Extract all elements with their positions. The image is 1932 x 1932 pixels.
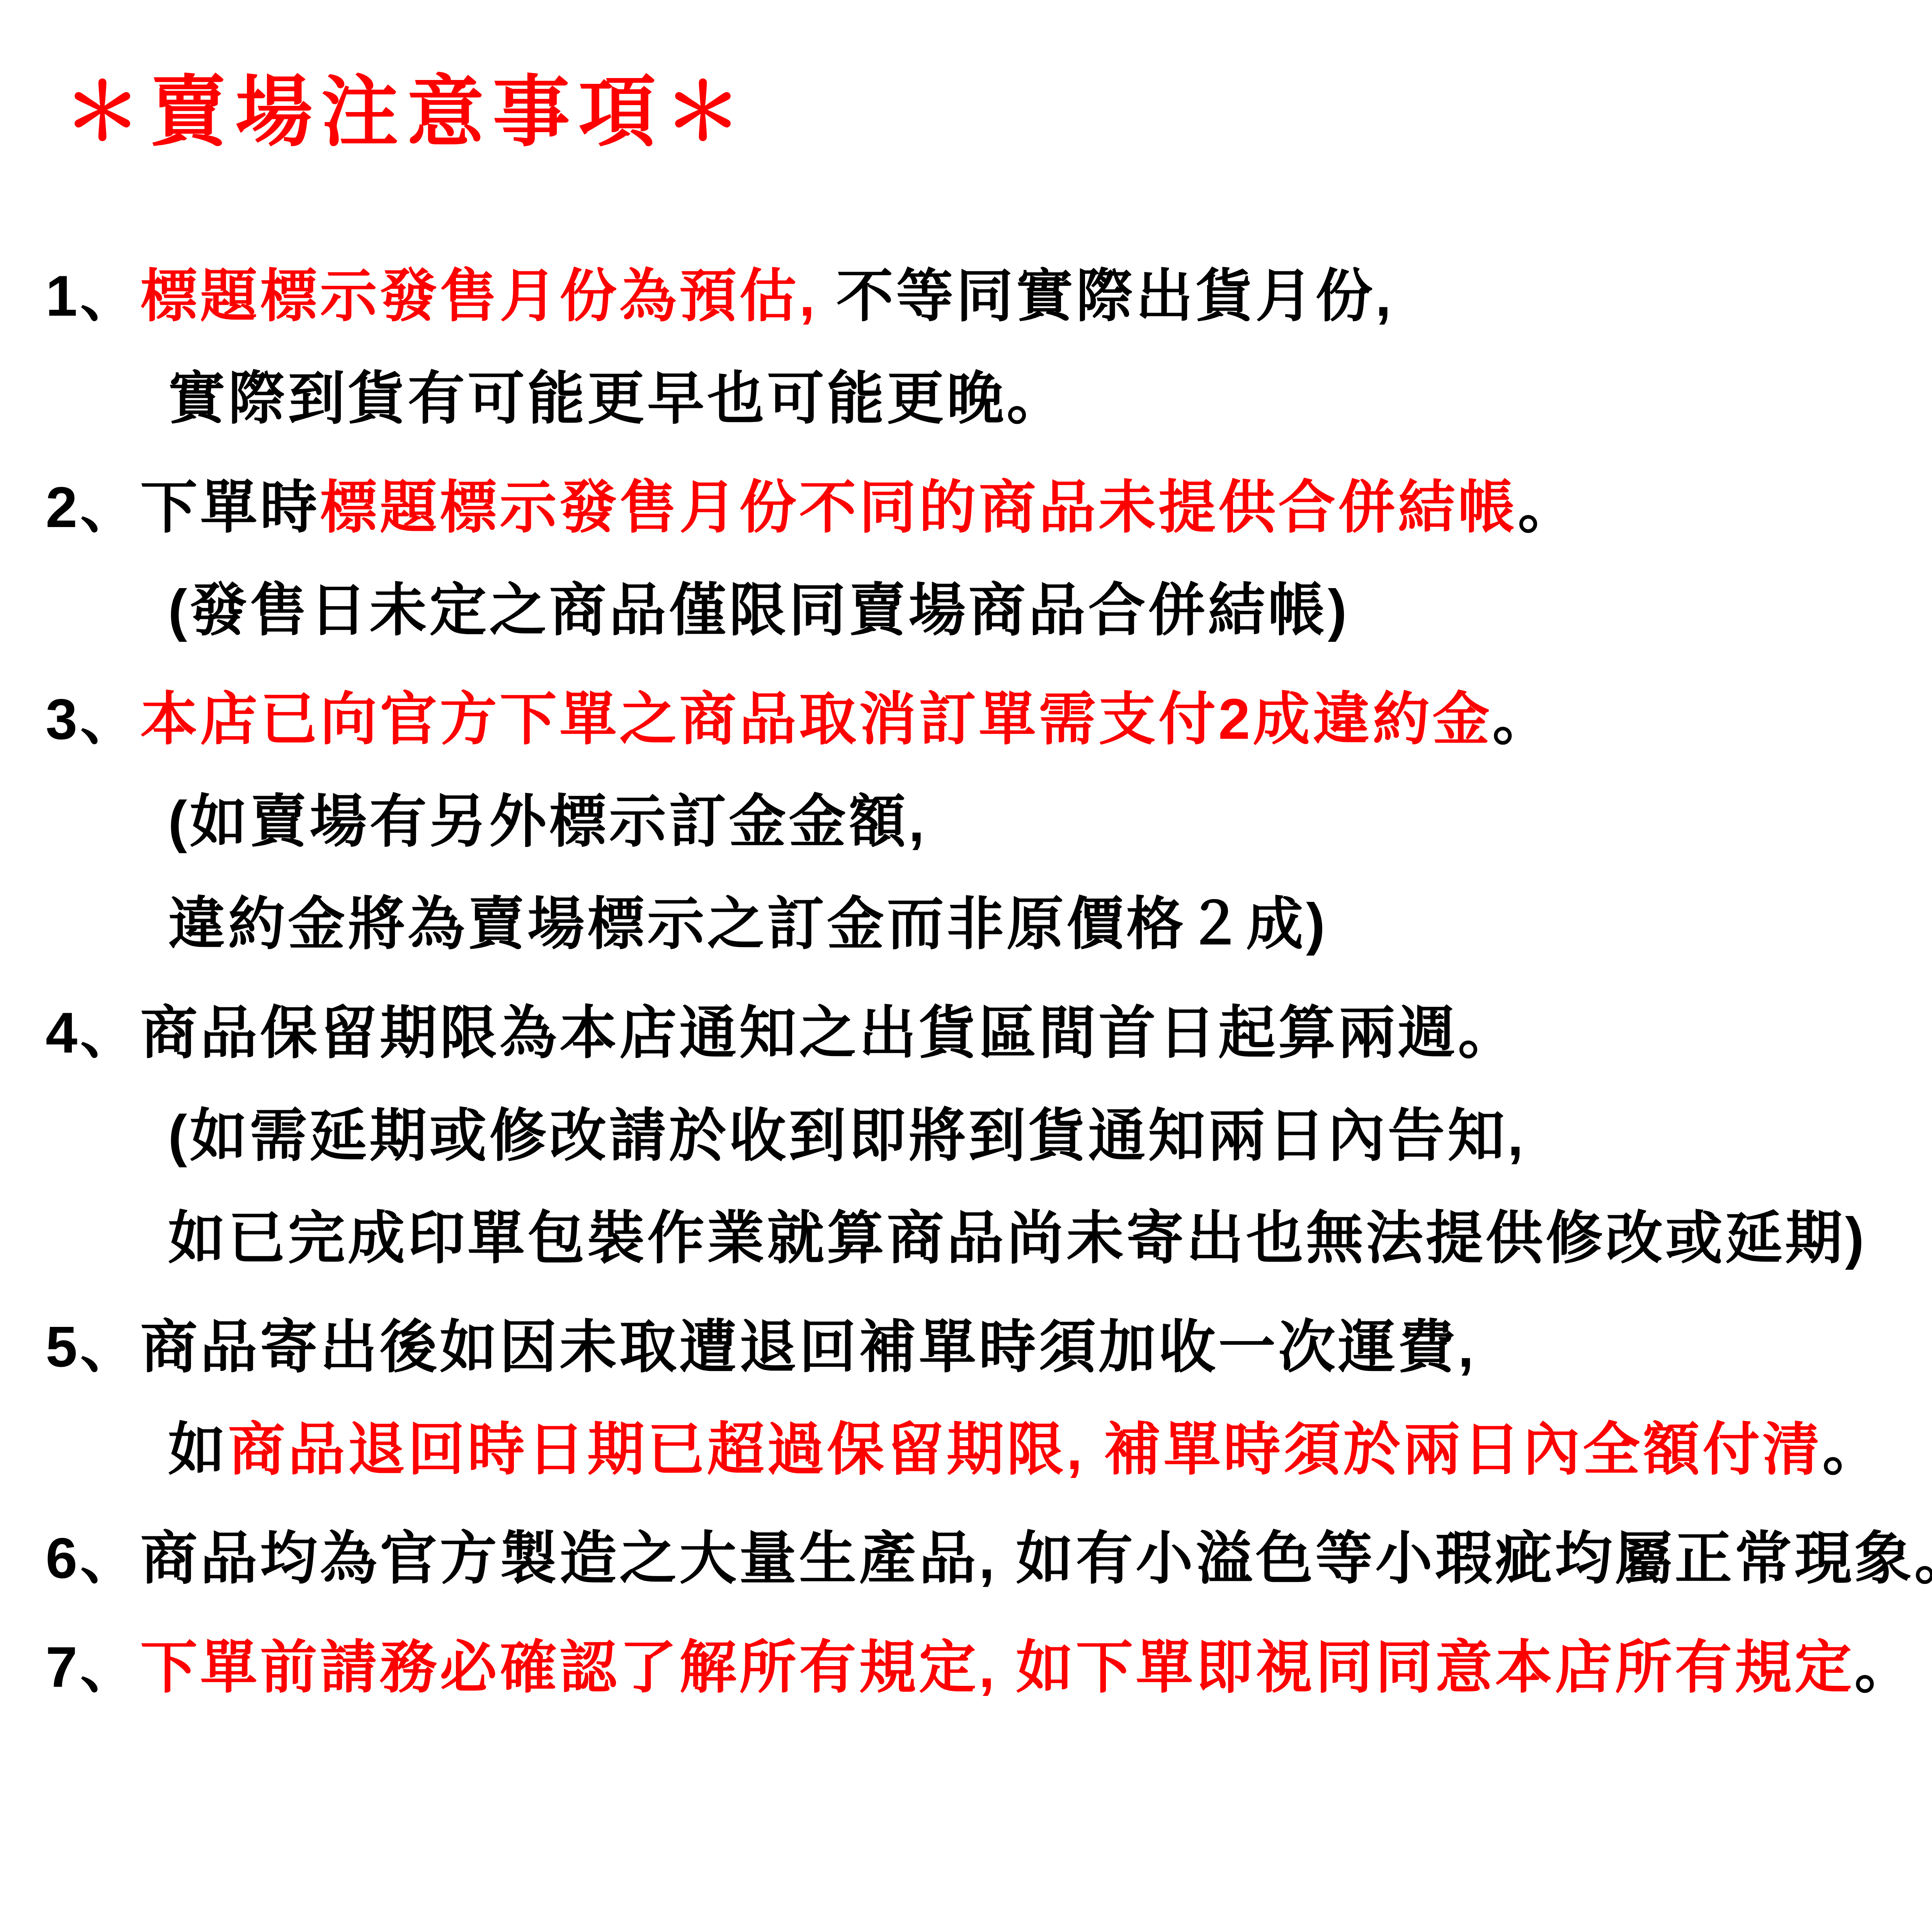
text-segment: 。 (1822, 1418, 1882, 1481)
text-segment: 如 (168, 1418, 228, 1481)
text-segment: 商品退回時日期已超過保留期限, 補單時須於兩日內全額付清 (228, 1418, 1822, 1481)
text-segment: 標題標示發售月份不同的商品未提供合併結帳 (320, 476, 1518, 539)
text-segment: 不等同實際出貨月份, (818, 264, 1394, 328)
notice-item: 2、下單時標題標示發售月份不同的商品未提供合併結帳。(發售日未定之商品僅限同賣場… (0, 475, 1932, 643)
item-first-line: 2、下單時標題標示發售月份不同的商品未提供合併結帳。 (0, 475, 1932, 541)
item-number: 1、 (46, 264, 140, 329)
item-first-line: 4、商品保留期限為本店通知之出貨區間首日起算兩週。 (0, 1000, 1932, 1066)
text-segment: 商品保留期限為本店通知之出貨區間首日起算兩週。 (140, 1001, 1518, 1065)
text-segment: 下單時 (140, 476, 320, 539)
notice-list: 1、標題標示發售月份為預估, 不等同實際出貨月份,實際到貨有可能更早也可能更晚。… (0, 264, 1932, 1701)
item-continuation-line: (如賣場有另外標示訂金金額, (0, 789, 1932, 855)
text-segment: 商品均為官方製造之大量生產品, 如有小溢色等小瑕疵均屬正常現象。 (140, 1527, 1932, 1590)
item-first-line: 1、標題標示發售月份為預估, 不等同實際出貨月份, (0, 264, 1932, 329)
item-number: 6、 (46, 1526, 140, 1592)
item-number: 2、 (46, 475, 140, 541)
text-segment: (如賣場有另外標示訂金金額, (168, 790, 927, 854)
item-continuation-line: (如需延期或修改請於收到即將到貨通知兩日內告知, (0, 1103, 1932, 1169)
notice-item: 6、商品均為官方製造之大量生產品, 如有小溢色等小瑕疵均屬正常現象。 (0, 1526, 1932, 1592)
text-segment: 違約金將為賣場標示之訂金而非原價格２成) (168, 892, 1328, 956)
text-segment: 商品寄出後如因未取遭退回補單時須加收一次運費, (140, 1315, 1476, 1379)
item-first-line: 5、商品寄出後如因未取遭退回補單時須加收一次運費, (0, 1315, 1932, 1380)
item-continuation-line: (發售日未定之商品僅限同賣場商品合併結帳) (0, 578, 1932, 643)
page-title: ＊賣場注意事項＊ (64, 50, 1932, 161)
text-segment: 下單前請務必確認了解所有規定, 如下單即視同同意本店所有規定 (140, 1636, 1854, 1699)
text-segment: 。 (1518, 476, 1578, 539)
text-segment: 。 (1492, 687, 1552, 751)
item-continuation-line: 如已完成印單包裝作業就算商品尚未寄出也無法提供修改或延期) (0, 1206, 1932, 1271)
item-number: 5、 (46, 1315, 140, 1380)
notice-item: 4、商品保留期限為本店通知之出貨區間首日起算兩週。(如需延期或修改請於收到即將到… (0, 1000, 1932, 1271)
text-segment: (發售日未定之商品僅限同賣場商品合併結帳) (168, 578, 1350, 642)
item-first-line: 7、下單前請務必確認了解所有規定, 如下單即視同同意本店所有規定。 (0, 1635, 1932, 1701)
notice-item: 5、商品寄出後如因未取遭退回補單時須加收一次運費,如商品退回時日期已超過保留期限… (0, 1315, 1932, 1483)
item-number: 4、 (46, 1000, 140, 1066)
item-number: 3、 (46, 687, 140, 752)
text-segment: 標題標示發售月份為預估, (140, 264, 818, 328)
notice-item: 1、標題標示發售月份為預估, 不等同實際出貨月份,實際到貨有可能更早也可能更晚。 (0, 264, 1932, 432)
text-segment: 。 (1854, 1636, 1914, 1699)
item-continuation-line: 實際到貨有可能更早也可能更晚。 (0, 366, 1932, 432)
item-continuation-line: 違約金將為賣場標示之訂金而非原價格２成) (0, 891, 1932, 957)
notice-item: 7、下單前請務必確認了解所有規定, 如下單即視同同意本店所有規定。 (0, 1635, 1932, 1701)
item-first-line: 6、商品均為官方製造之大量生產品, 如有小溢色等小瑕疵均屬正常現象。 (0, 1526, 1932, 1592)
item-number: 7、 (46, 1635, 140, 1701)
notice-item: 3、本店已向官方下單之商品取消訂單需支付2成違約金。(如賣場有另外標示訂金金額,… (0, 687, 1932, 957)
text-segment: 實際到貨有可能更早也可能更晚。 (168, 367, 1066, 430)
text-segment: (如需延期或修改請於收到即將到貨通知兩日內告知, (168, 1104, 1526, 1168)
text-segment: 本店已向官方下單之商品取消訂單需支付2成違約金 (140, 687, 1492, 751)
item-continuation-line: 如商品退回時日期已超過保留期限, 補單時須於兩日內全額付清。 (0, 1417, 1932, 1483)
item-first-line: 3、本店已向官方下單之商品取消訂單需支付2成違約金。 (0, 687, 1932, 752)
text-segment: 如已完成印單包裝作業就算商品尚未寄出也無法提供修改或延期) (168, 1206, 1867, 1270)
